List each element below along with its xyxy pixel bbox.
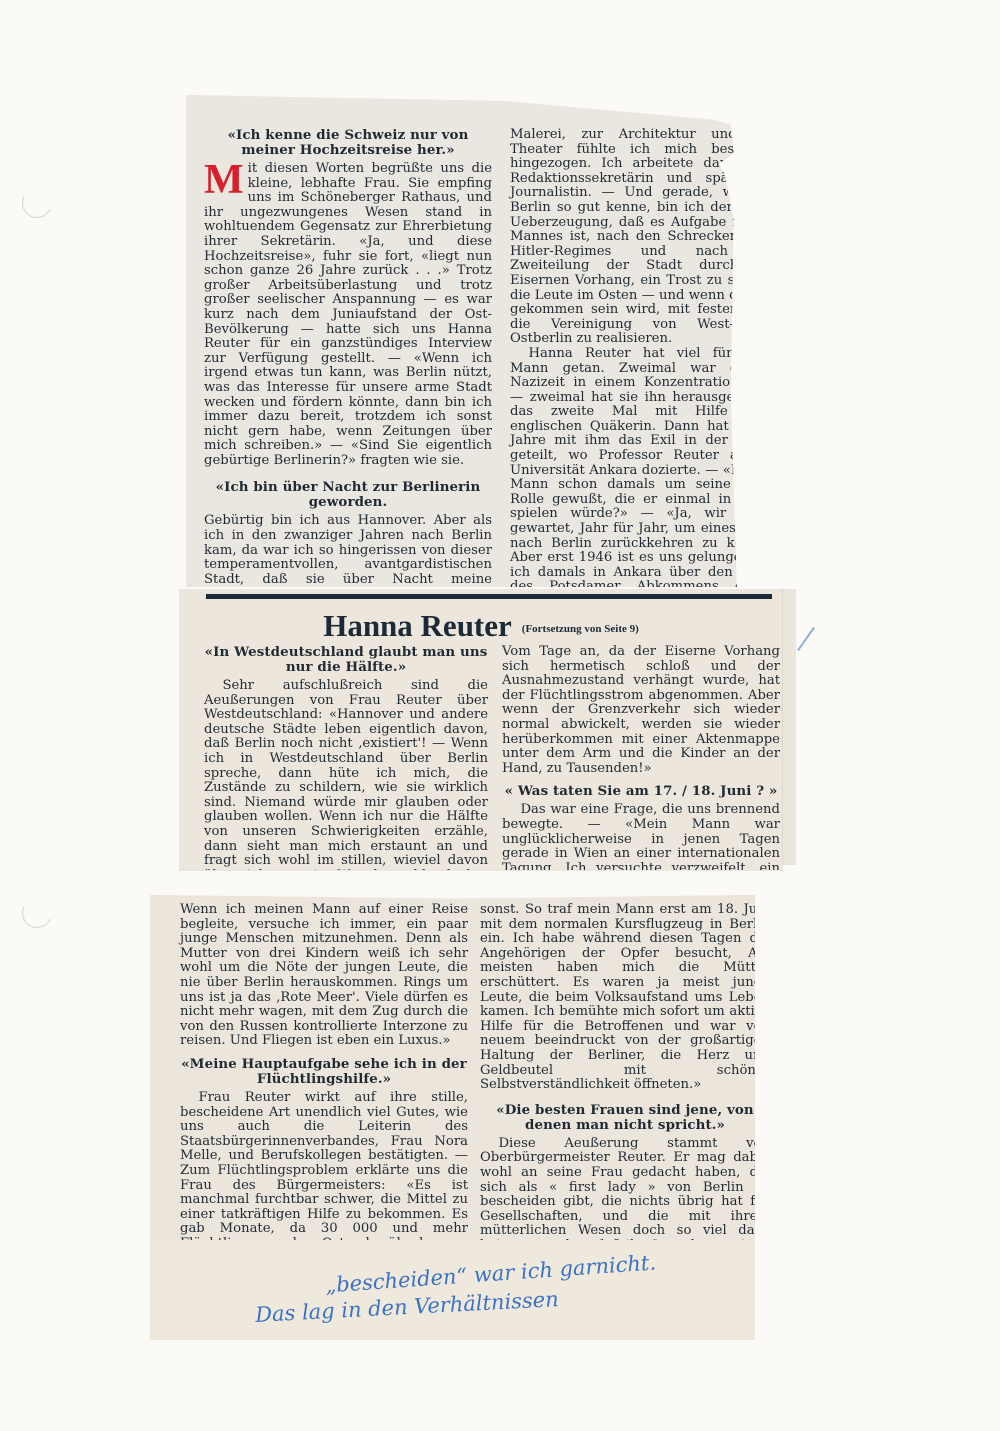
section-heading: « Was taten Sie am 17. / 18. Juni ? » <box>502 784 780 799</box>
clipping-top: «Ich kenne die Schweiz nur von meiner Ho… <box>186 95 798 587</box>
clipping-middle-edge <box>781 590 795 864</box>
section-heading: «Ich kenne die Schweiz nur von meiner Ho… <box>204 128 492 158</box>
article-column-left: Wenn ich meinen Mann auf einer Reise beg… <box>180 903 468 1240</box>
paragraph: Frau Reuter wirkt auf ihre stille, besch… <box>180 1091 468 1240</box>
paragraph: it diesen Worten begrüßte uns die kleine… <box>204 161 492 468</box>
clipping-middle: Hanna Reuter(Fortsetzung von Seite 9) «I… <box>180 590 782 870</box>
punch-hole-mark <box>18 184 56 222</box>
paragraph: Vom Tage an, da der Eiserne Vorhang sich… <box>502 645 780 776</box>
drop-cap: M <box>204 164 244 196</box>
section-heading: «Die besten Frauen sind jene, von denen … <box>480 1103 755 1133</box>
paragraph: Wenn ich meinen Mann auf einer Reise beg… <box>180 903 468 1049</box>
article-title: Hanna Reuter(Fortsetzung von Seite 9) <box>180 608 782 644</box>
pencil-mark <box>797 627 815 651</box>
paragraph: Sehr aufschlußreich sind die Aeußerungen… <box>204 679 488 870</box>
punch-hole-mark <box>18 894 56 932</box>
section-heading: «In Westdeutschland glaubt man uns nur d… <box>204 645 488 675</box>
paragraph: sonst. So traf mein Mann erst am 18. Jun… <box>480 903 755 1093</box>
paragraph: Malerei, zur Architektur und zum Theater… <box>510 128 780 347</box>
clipping-bottom-margin <box>150 1240 755 1340</box>
title-note: (Fortsetzung von Seite 9) <box>522 623 639 635</box>
title-rule <box>206 594 772 599</box>
title-text: Hanna Reuter <box>323 608 512 643</box>
paragraph: Das war eine Frage, die uns brennend bew… <box>502 803 780 870</box>
article-column-right: Vom Tage an, da der Eiserne Vorhang sich… <box>502 645 780 870</box>
clipping-bottom: Wenn ich meinen Mann auf einer Reise beg… <box>150 895 755 1240</box>
paragraph: Diese Aeußerung stammt von Oberbürgermei… <box>480 1136 755 1240</box>
section-heading: «Ich bin über Nacht zur Berlinerin gewor… <box>204 480 492 510</box>
article-column-left: «In Westdeutschland glaubt man uns nur d… <box>204 645 488 870</box>
article-column-left: «Ich kenne die Schweiz nur von meiner Ho… <box>204 128 492 617</box>
article-column-right: sonst. So traf mein Mann erst am 18. Jun… <box>480 903 755 1240</box>
section-heading: «Meine Hauptaufgabe sehe ich in der Flüc… <box>180 1057 468 1087</box>
